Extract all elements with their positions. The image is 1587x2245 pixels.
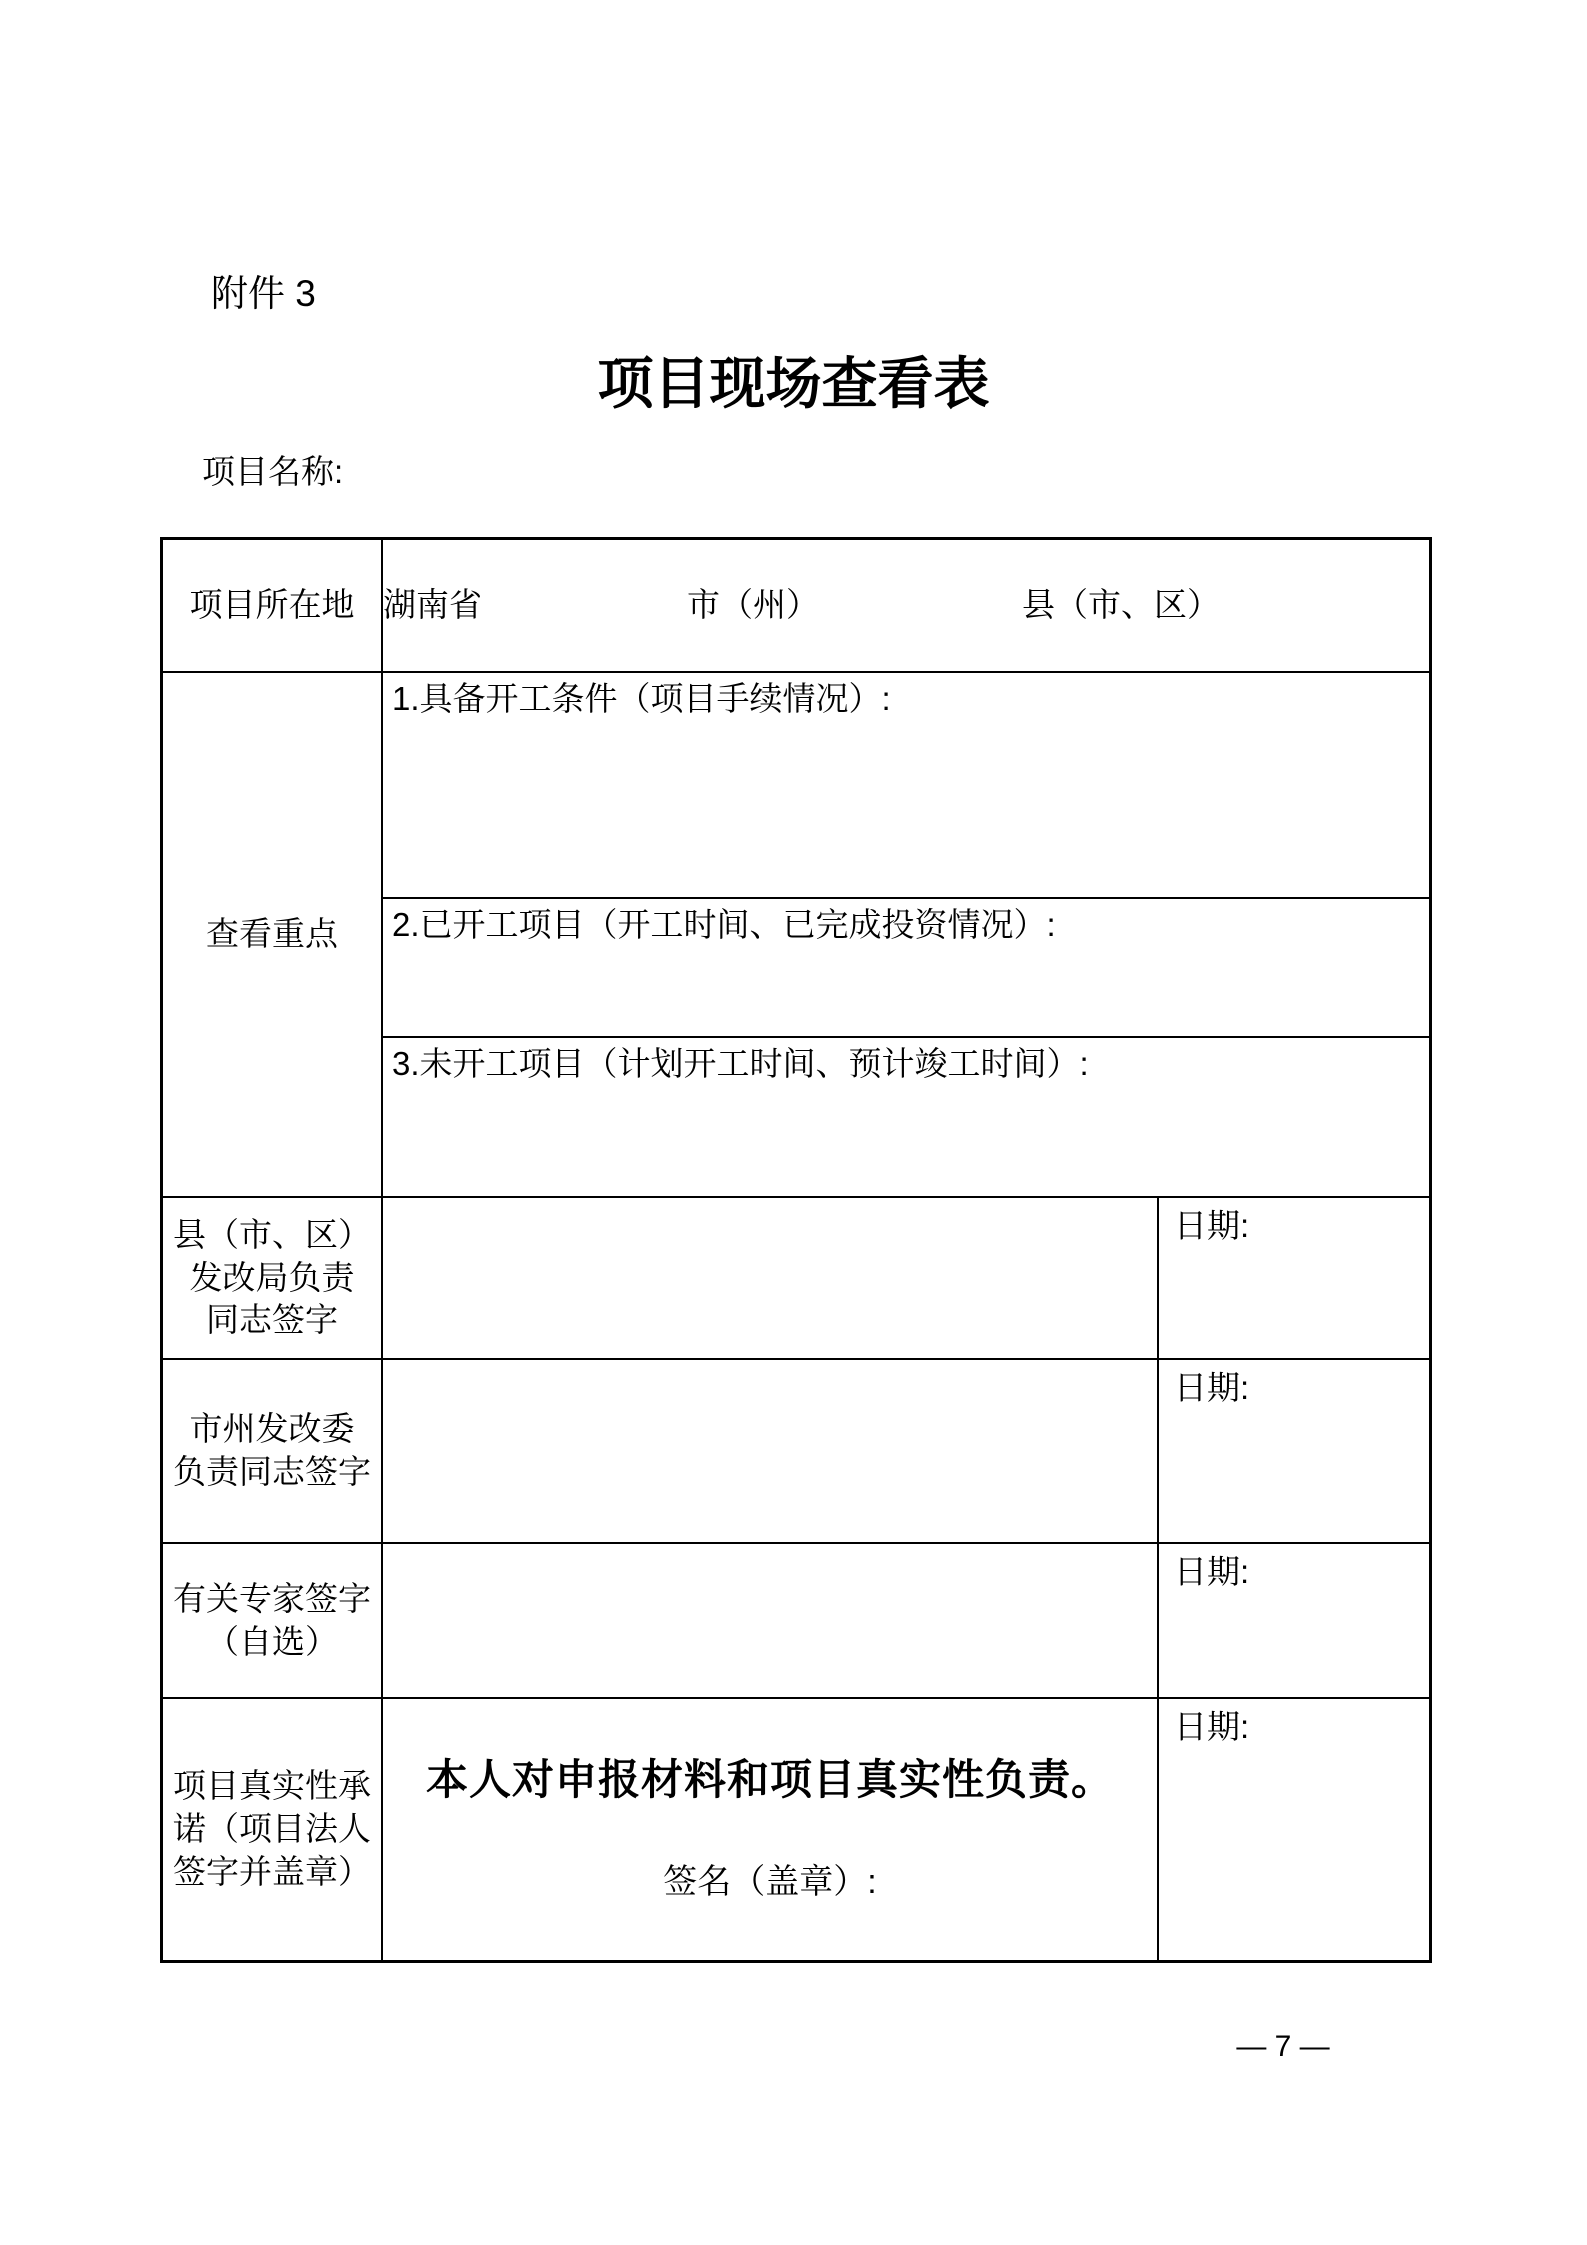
commitment-sign-label: 签名（盖章）: [663, 1860, 876, 1904]
expert-signature-area [383, 1544, 1159, 1699]
focus-item-start-conditions: 1.具备开工条件（项目手续情况）: [383, 673, 1429, 899]
city-signature-label: 市州发改委 负责同志签字 [163, 1360, 383, 1544]
commitment-statement: 本人对申报材料和项目真实性负责。 [426, 1753, 1114, 1808]
county-date-label: 日期: [1159, 1198, 1429, 1360]
commitment-content: 本人对申报材料和项目真实性负责。 签名（盖章）: [383, 1699, 1159, 1960]
page-title: 项目现场查看表 [0, 352, 1587, 416]
location-city-blank: 市（州） [687, 584, 819, 627]
attachment-label: 附件 3 [211, 274, 316, 315]
commitment-row-label: 项目真实性承 诺（项目法人 签字并盖章） [163, 1699, 383, 1960]
county-signature-area [383, 1198, 1159, 1360]
expert-signature-label: 有关专家签字 （自选） [163, 1544, 383, 1699]
commitment-date-label: 日期: [1159, 1699, 1429, 1960]
document-page: 附件 3 项目现场查看表 项目名称: 项目所在地 湖南省 市（州） 县（市、区）… [0, 0, 1587, 2245]
page-number: — 7 — [1203, 2030, 1363, 2064]
location-province: 湖南省 [383, 584, 482, 627]
focus-item-started-projects: 2.已开工项目（开工时间、已完成投资情况）: [383, 899, 1429, 1038]
focus-item-unstarted-projects: 3.未开工项目（计划开工时间、预计竣工时间）: [383, 1038, 1429, 1198]
focus-row-label: 查看重点 [163, 673, 383, 1198]
location-row-label: 项目所在地 [163, 540, 383, 673]
expert-date-label: 日期: [1159, 1544, 1429, 1699]
inspection-form-table: 项目所在地 湖南省 市（州） 县（市、区） 查看重点 1.具备开工条件（项目手续… [160, 537, 1432, 1963]
county-signature-label: 县（市、区） 发改局负责 同志签字 [163, 1198, 383, 1360]
location-row-content: 湖南省 市（州） 县（市、区） [383, 540, 1429, 673]
city-date-label: 日期: [1159, 1360, 1429, 1544]
project-name-label: 项目名称: [202, 452, 343, 492]
city-signature-area [383, 1360, 1159, 1544]
location-county-blank: 县（市、区） [1022, 584, 1220, 627]
